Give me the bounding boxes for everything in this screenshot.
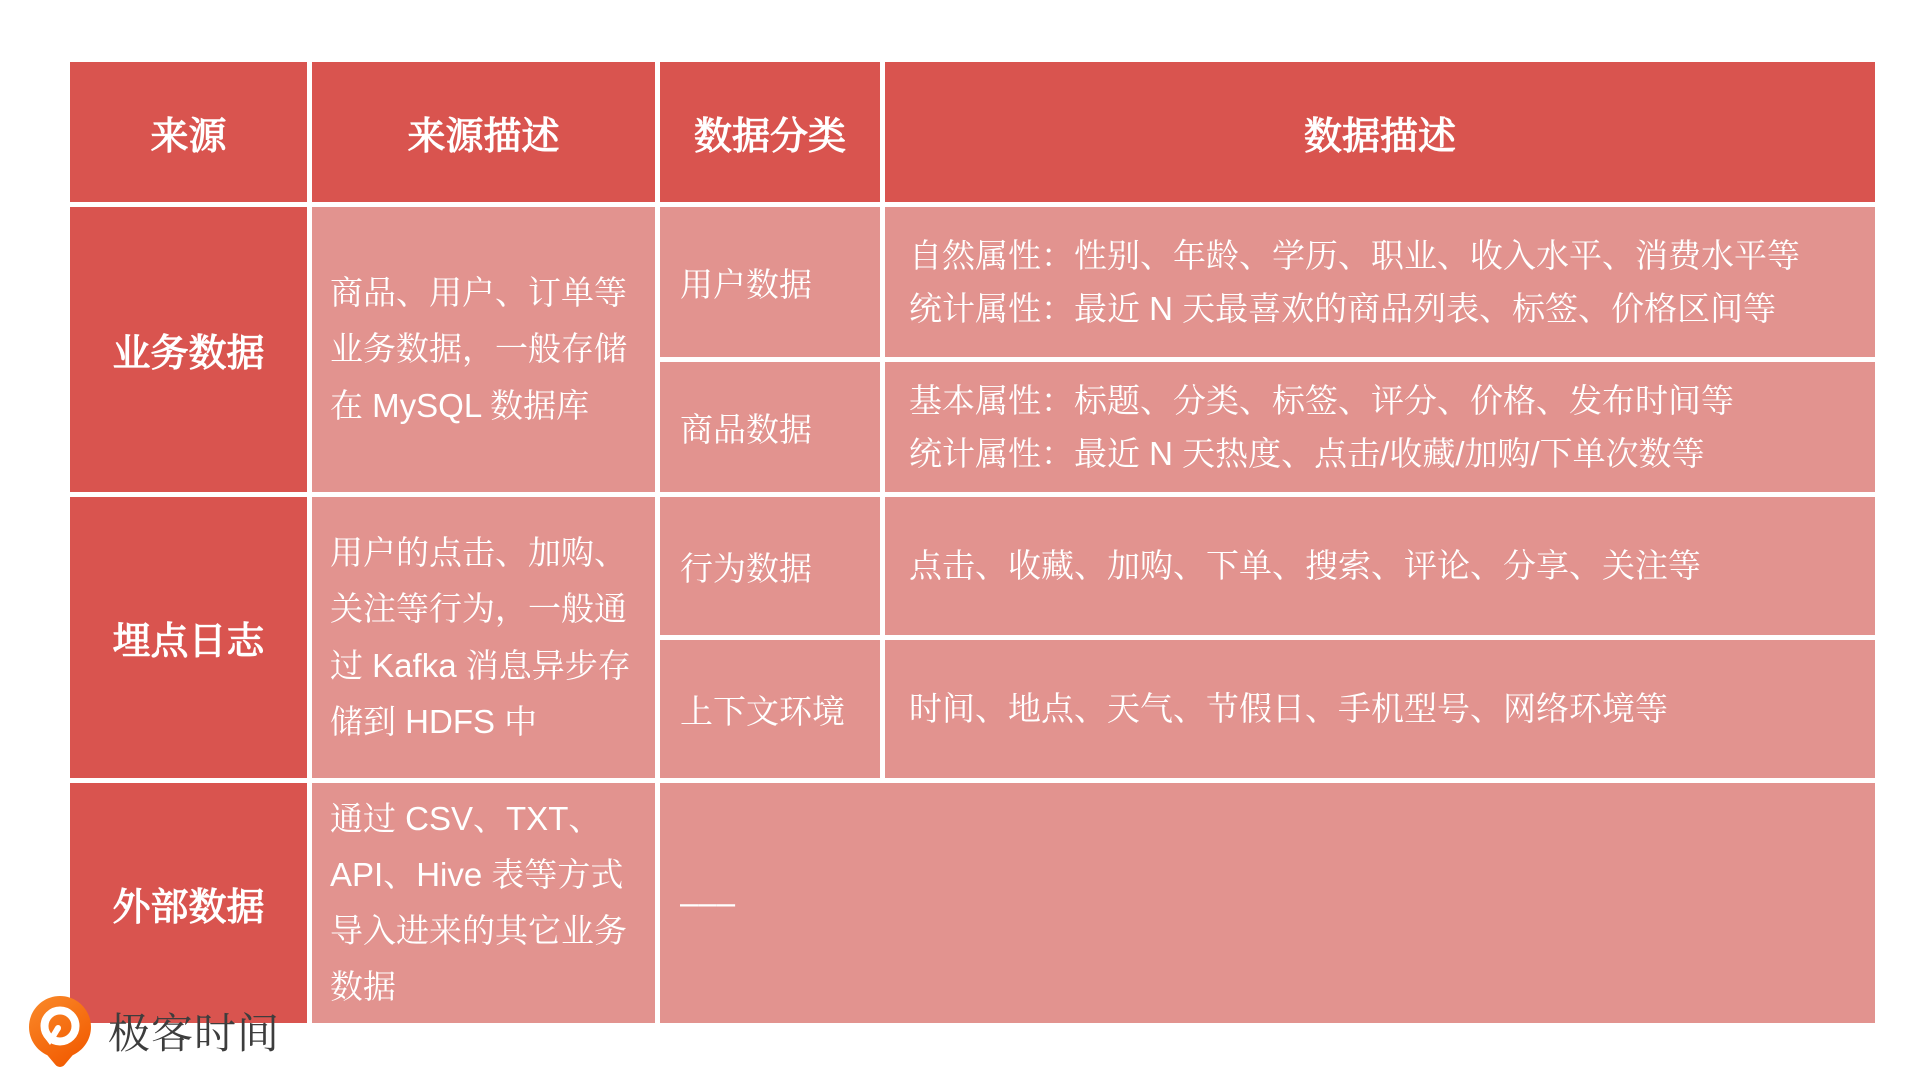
category-cell-external-placeholder: ––– bbox=[660, 783, 1875, 1023]
source-desc-cell-external-data: 通过 CSV、TXT、API、Hive 表等方式导入进来的其它业务数据 bbox=[312, 783, 655, 1023]
data-desc-cell-user-data: 自然属性：性别、年龄、学历、职业、收入水平、消费水平等 统计属性：最近 N 天最… bbox=[885, 207, 1875, 357]
source-desc-cell-tracking-log: 用户的点击、加购、关注等行为，一般通过 Kafka 消息异步存储到 HDFS 中 bbox=[312, 497, 655, 778]
source-cell-tracking-log: 埋点日志 bbox=[70, 497, 307, 778]
data-desc-cell-context: 时间、地点、天气、节假日、手机型号、网络环境等 bbox=[885, 640, 1875, 778]
header-data-desc: 数据描述 bbox=[885, 62, 1875, 202]
category-cell-context: 上下文环境 bbox=[660, 640, 880, 778]
header-data-category: 数据分类 bbox=[660, 62, 880, 202]
footer-brand: 极客时间 bbox=[28, 995, 280, 1067]
data-desc-cell-item-data: 基本属性：标题、分类、标签、评分、价格、发布时间等 统计属性：最近 N 天热度、… bbox=[885, 362, 1875, 492]
header-source-desc: 来源描述 bbox=[312, 62, 655, 202]
source-cell-external-data: 外部数据 bbox=[70, 783, 307, 1023]
row-behavior-data: 埋点日志 用户的点击、加购、关注等行为，一般通过 Kafka 消息异步存储到 H… bbox=[70, 497, 1875, 635]
header-source: 来源 bbox=[70, 62, 307, 202]
category-cell-behavior-data: 行为数据 bbox=[660, 497, 880, 635]
source-desc-cell-business-data: 商品、用户、订单等业务数据，一般存储在 MySQL 数据库 bbox=[312, 207, 655, 492]
desc-line: 基本属性：标题、分类、标签、评分、价格、发布时间等 bbox=[909, 374, 1865, 427]
desc-line: 统计属性：最近 N 天热度、点击/收藏/加购/下单次数等 bbox=[909, 427, 1865, 480]
desc-line: 自然属性：性别、年龄、学历、职业、收入水平、消费水平等 bbox=[909, 229, 1865, 282]
header-row: 来源 来源描述 数据分类 数据描述 bbox=[70, 62, 1875, 202]
data-sources-table: 来源 来源描述 数据分类 数据描述 业务数据 商品、用户、订单等业务数据，一般存… bbox=[65, 57, 1880, 1028]
desc-line: 点击、收藏、加购、下单、搜索、评论、分享、关注等 bbox=[909, 539, 1865, 592]
data-desc-cell-behavior-data: 点击、收藏、加购、下单、搜索、评论、分享、关注等 bbox=[885, 497, 1875, 635]
desc-line: 时间、地点、天气、节假日、手机型号、网络环境等 bbox=[909, 682, 1865, 735]
geektime-logo-icon bbox=[28, 995, 92, 1067]
desc-line: 统计属性：最近 N 天最喜欢的商品列表、标签、价格区间等 bbox=[909, 282, 1865, 335]
row-external-data: 外部数据 通过 CSV、TXT、API、Hive 表等方式导入进来的其它业务数据… bbox=[70, 783, 1875, 1023]
geektime-logo-text: 极客时间 bbox=[108, 1001, 280, 1061]
source-cell-business-data: 业务数据 bbox=[70, 207, 307, 492]
data-sources-table-container: 来源 来源描述 数据分类 数据描述 业务数据 商品、用户、订单等业务数据，一般存… bbox=[65, 57, 1880, 1028]
category-cell-user-data: 用户数据 bbox=[660, 207, 880, 357]
row-user-data: 业务数据 商品、用户、订单等业务数据，一般存储在 MySQL 数据库 用户数据 … bbox=[70, 207, 1875, 357]
category-cell-item-data: 商品数据 bbox=[660, 362, 880, 492]
